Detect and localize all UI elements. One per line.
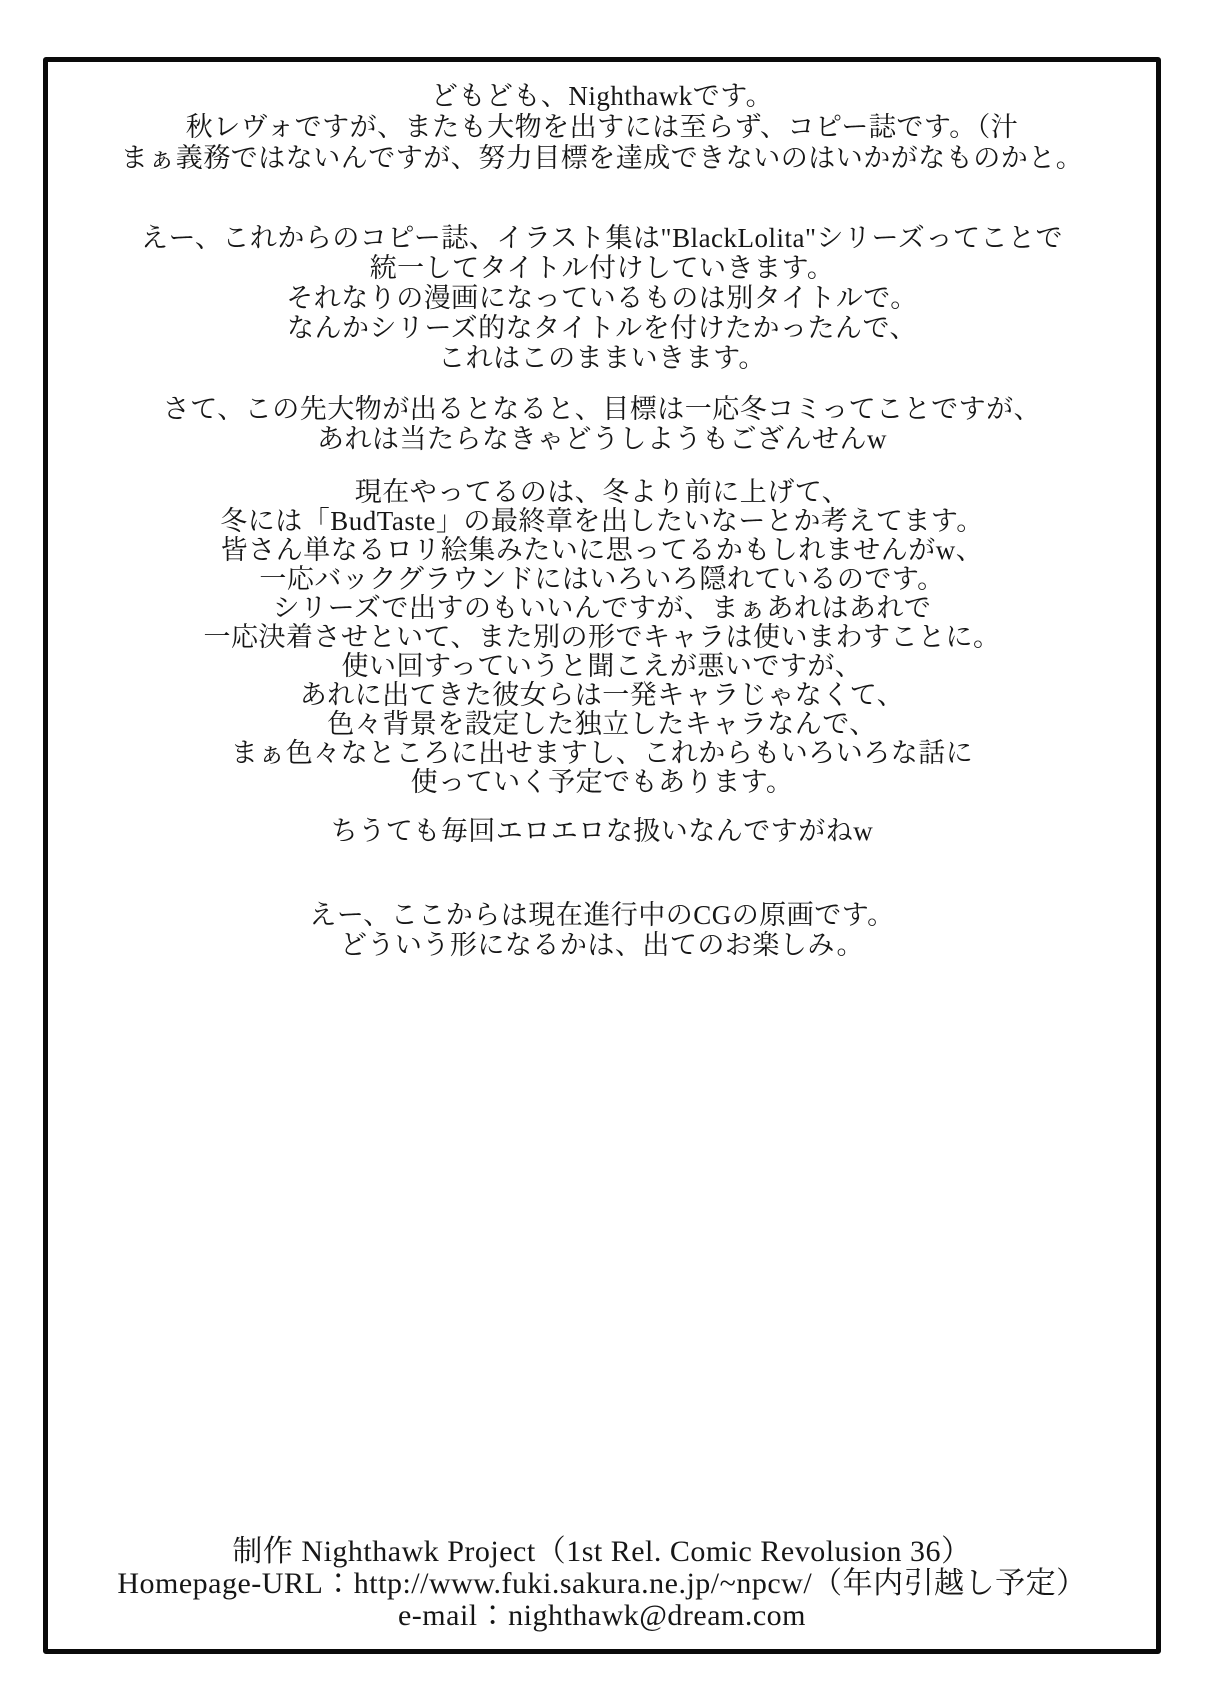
paragraph-cg-preview: えー、ここからは現在進行中のCGの原画です。 どういう形になるかは、出てのお楽し… [48, 900, 1156, 960]
text-line: あれは当たらなきゃどうしようもござんせんw [48, 424, 1156, 454]
credit-line: 制作 Nighthawk Project（1st Rel. Comic Revo… [48, 1536, 1156, 1568]
email-line: e-mail：nighthawk@dream.com [48, 1600, 1156, 1632]
paragraph-series-title: えー、これからのコピー誌、イラスト集は"BlackLolita"シリーズってこと… [48, 223, 1156, 373]
credits-block: 制作 Nighthawk Project（1st Rel. Comic Revo… [48, 1536, 1156, 1632]
paragraph-intro: どもども、Nighthawkです。 秋レヴォですが、またも大物を出すには至らず、… [48, 81, 1156, 174]
text-line: 現在やってるのは、冬より前に上げて、 [48, 478, 1156, 507]
text-line: えー、これからのコピー誌、イラスト集は"BlackLolita"シリーズってこと… [48, 223, 1156, 253]
text-line: 皆さん単なるロリ絵集みたいに思ってるかもしれませんがw、 [48, 536, 1156, 565]
text-line: どういう形になるかは、出てのお楽しみ。 [48, 930, 1156, 960]
text-line: 秋レヴォですが、またも大物を出すには至らず、コピー誌です。（汁 [48, 112, 1156, 143]
text-line: 色々背景を設定した独立したキャラなんで、 [48, 710, 1156, 739]
homepage-url-line: Homepage-URL：http://www.fuki.sakura.ne.j… [48, 1568, 1156, 1600]
afterword-text: どもども、Nighthawkです。 秋レヴォですが、またも大物を出すには至らず、… [48, 81, 1156, 960]
text-line: これはこのままいきます。 [48, 343, 1156, 373]
text-line: まぁ義務ではないんですが、努力目標を達成できないのはいかがなものかと。 [48, 143, 1156, 174]
text-line: 冬には「BudTaste」の最終章を出したいなーとか考えてます。 [48, 507, 1156, 536]
text-line: 使っていく予定でもあります。 [48, 768, 1156, 797]
text-line: えー、ここからは現在進行中のCGの原画です。 [48, 900, 1156, 930]
text-line: あれに出てきた彼女らは一発キャラじゃなくて、 [48, 681, 1156, 710]
paragraph-winter-comiket: さて、この先大物が出るとなると、目標は一応冬コミってことですが、 あれは当たらな… [48, 394, 1156, 454]
text-line: ちうても毎回エロエロな扱いなんですがねw [48, 816, 1156, 846]
text-line: まぁ色々なところに出せますし、これからもいろいろな話に [48, 739, 1156, 768]
text-line: さて、この先大物が出るとなると、目標は一応冬コミってことですが、 [48, 394, 1156, 424]
text-line: どもども、Nighthawkです。 [48, 81, 1156, 112]
paragraph-aside: ちうても毎回エロエロな扱いなんですがねw [48, 816, 1156, 846]
text-line: 使い回すっていうと聞こえが悪いですが、 [48, 652, 1156, 681]
text-line: 一応バックグラウンドにはいろいろ隠れているのです。 [48, 565, 1156, 594]
text-line: なんかシリーズ的なタイトルを付けたかったんで、 [48, 313, 1156, 343]
paragraph-budtaste: 現在やってるのは、冬より前に上げて、 冬には「BudTaste」の最終章を出した… [48, 478, 1156, 797]
text-line: それなりの漫画になっているものは別タイトルで。 [48, 283, 1156, 313]
page-border-frame: どもども、Nighthawkです。 秋レヴォですが、またも大物を出すには至らず、… [43, 57, 1161, 1654]
text-line: 統一してタイトル付けしていきます。 [48, 253, 1156, 283]
text-line: シリーズで出すのもいいんですが、まぁあれはあれで [48, 594, 1156, 623]
text-line: 一応決着させといて、また別の形でキャラは使いまわすことに。 [48, 623, 1156, 652]
